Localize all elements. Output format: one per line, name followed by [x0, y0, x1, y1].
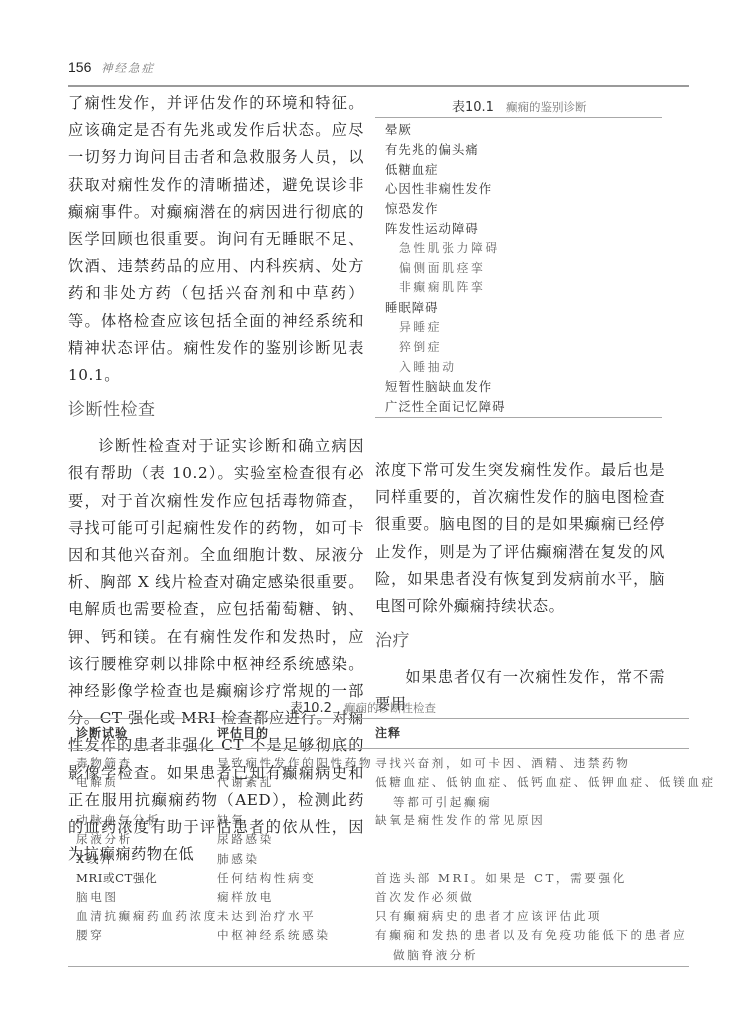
- header-rule: [68, 85, 689, 87]
- cell-note: 首选头部 MRI。如果是 CT，需要强化: [375, 869, 627, 889]
- list-subitem: 偏侧面肌痉挛: [385, 259, 665, 279]
- cell-note: 低糖血症、低钠血症、低钙血症、低钾血症、低镁血症 等都可引起癫痫: [375, 773, 716, 812]
- list-item: 有先兆的偏头痛: [385, 140, 665, 160]
- left-column: 了痫性发作，并评估发作的环境和特征。应该确定是否有先兆或发作后状态。应尽一切努力…: [68, 90, 364, 868]
- list-subitem: 急性肌张力障碍: [385, 239, 665, 259]
- list-subitem: 异睡症: [385, 318, 665, 338]
- table-10-2-header-rule: [68, 748, 689, 749]
- column-header-purpose: 评估目的: [217, 724, 269, 741]
- list-item: 心因性非痫性发作: [385, 179, 665, 199]
- section-heading-treatment: 治疗: [375, 626, 665, 656]
- differential-diagnosis-list: 晕厥 有先兆的偏头痛 低糖血症 心因性非痫性发作 惊恐发作 阵发性运动障碍 急性…: [385, 120, 665, 417]
- cell-purpose: 中枢神经系统感染: [217, 926, 331, 946]
- table-10-1-number: 表10.1: [452, 100, 494, 115]
- cell-note: 只有癫痫病史的患者才应该评估此项: [375, 907, 602, 927]
- cell-note: 有癫痫和发热的患者以及有免疫功能低下的患者应 做脑脊液分析: [375, 926, 687, 965]
- list-item: 睡眠障碍: [385, 298, 665, 318]
- list-item: 低糖血症: [385, 160, 665, 180]
- cell-purpose: 缺氧: [217, 811, 245, 831]
- table-10-1-top-rule: [375, 117, 662, 118]
- right-paragraph-1: 浓度下常可发生突发痫性发作。最后也是同样重要的，首次痫性发作的脑电图检查很重要。…: [375, 457, 665, 620]
- list-subitem: 入睡抽动: [385, 358, 665, 378]
- running-title: 神经急症: [101, 60, 155, 76]
- page-number: 156: [68, 59, 91, 75]
- table-10-2-caption: 表10.2癫痫的诊断性检查: [290, 697, 436, 716]
- section-heading-diagnostic-tests: 诊断性检查: [68, 395, 364, 425]
- cell-purpose: 尿路感染: [217, 830, 274, 850]
- table-10-2-bottom-rule: [68, 966, 689, 967]
- list-item: 短暂性脑缺血发作: [385, 377, 665, 397]
- left-paragraph-2: 诊断性检查对于证实诊断和确立病因很有帮助（表 10.2）。实验室检查很有必要，对…: [68, 433, 364, 868]
- cell-note-line-2: 等都可引起癫痫: [375, 793, 716, 813]
- table-10-2-number: 表10.2: [290, 701, 332, 716]
- cell-test: 腰穿: [76, 926, 104, 946]
- cell-purpose: 导致痫性发作的阳性药物: [217, 754, 373, 774]
- cell-purpose: 未达到治疗水平: [217, 907, 316, 927]
- cell-test: 动脉血气分析: [76, 811, 161, 831]
- list-subitem: 猝倒症: [385, 338, 665, 358]
- list-item: 惊恐发作: [385, 199, 665, 219]
- list-subitem: 非癫痫肌阵挛: [385, 278, 665, 298]
- cell-test: 脑电图: [76, 888, 119, 908]
- cell-note-line-1: 有癫痫和发热的患者以及有免疫功能低下的患者应: [375, 928, 687, 942]
- list-item: 晕厥: [385, 120, 665, 140]
- cell-note-line-2: 做脑脊液分析: [375, 946, 687, 966]
- table-10-2-title: 癫痫的诊断性检查: [344, 701, 436, 715]
- cell-test: MRI或CT强化: [76, 869, 157, 889]
- cell-note: 首次发作必须做: [375, 888, 474, 908]
- right-column: 浓度下常可发生突发痫性发作。最后也是同样重要的，首次痫性发作的脑电图检查很重要。…: [375, 457, 665, 719]
- left-paragraph-1: 了痫性发作，并评估发作的环境和特征。应该确定是否有先兆或发作后状态。应尽一切努力…: [68, 90, 364, 389]
- cell-test: X线片: [76, 850, 115, 870]
- cell-note: 缺氧是痫性发作的常见原因: [375, 811, 545, 831]
- cell-note: 寻找兴奋剂，如可卡因、酒精、违禁药物: [375, 754, 631, 774]
- cell-test: 血清抗癫痫药血药浓度: [76, 907, 218, 927]
- list-item: 广泛性全面记忆障碍: [385, 397, 665, 417]
- cell-test: 毒物筛查: [76, 754, 133, 774]
- table-10-1-caption: 表10.1癫痫的鉴别诊断: [452, 96, 586, 115]
- cell-purpose: 痫样放电: [217, 888, 274, 908]
- table-10-1-bottom-rule: [375, 417, 662, 418]
- table-10-2-top-rule: [68, 718, 689, 719]
- table-10-1-title: 癫痫的鉴别诊断: [506, 100, 587, 114]
- cell-purpose: 任何结构性病变: [217, 869, 316, 889]
- cell-test: 尿液分析: [76, 830, 133, 850]
- cell-test: 电解质: [76, 773, 119, 793]
- list-item: 阵发性运动障碍: [385, 219, 665, 239]
- cell-purpose: 代谢紊乱: [217, 773, 274, 793]
- cell-purpose: 肺感染: [217, 850, 260, 870]
- cell-note-line-1: 低糖血症、低钠血症、低钙血症、低钾血症、低镁血症: [375, 775, 716, 789]
- column-header-test: 诊断试验: [76, 724, 128, 741]
- column-header-note: 注释: [375, 724, 401, 741]
